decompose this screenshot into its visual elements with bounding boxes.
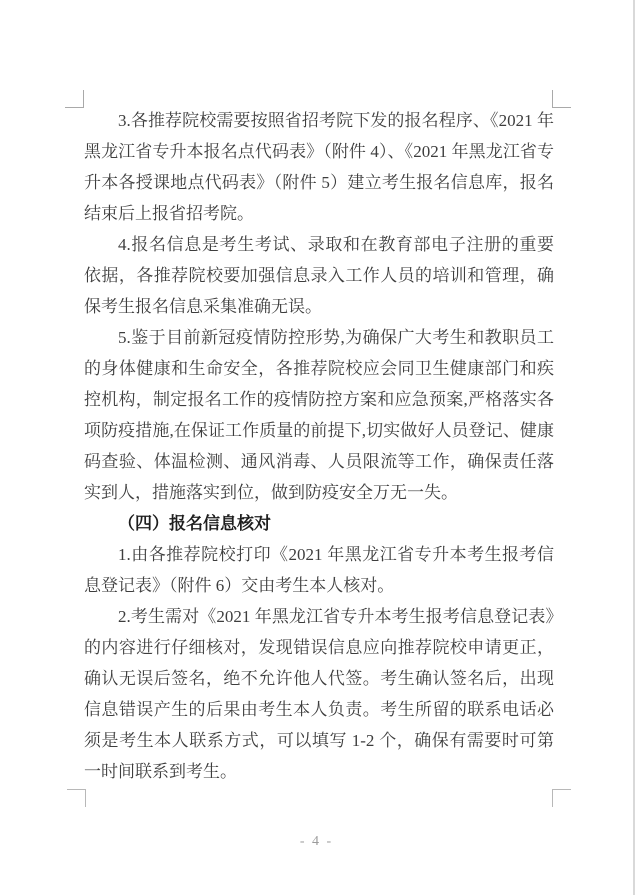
text-boundary-mark-top-left [65,90,84,108]
paragraph-item-4: 4.报名信息是考生考试、录取和在教育部电子注册的重要依据，各推荐院校要加强信息录… [84,229,554,322]
paragraph-item-3: 3.各推荐院校需要按照省招考院下发的报名程序、《2021 年黑龙江省专升本报名点… [84,105,554,229]
document-body: 3.各推荐院校需要按照省招考院下发的报名程序、《2021 年黑龙江省专升本报名点… [84,105,554,787]
text-boundary-mark-bottom-right [552,789,571,807]
section-heading-registration-info-check: （四）报名信息核对 [84,508,554,539]
document-page: 3.各推荐院校需要按照省招考院下发的报名程序、《2021 年黑龙江省专升本报名点… [0,0,635,895]
text-boundary-mark-bottom-left [67,789,86,807]
text-boundary-mark-top-right [552,90,571,108]
paragraph-item-5: 5.鉴于目前新冠疫情防控形势,为确保广大考生和教职员工的身体健康和生命安全，各推… [84,322,554,508]
paragraph-item-1: 1.由各推荐院校打印《2021 年黑龙江省专升本考生报考信息登记表》（附件 6）… [84,539,554,601]
paragraph-item-2: 2.考生需对《2021 年黑龙江省专升本考生报考信息登记表》的内容进行仔细核对，… [84,601,554,787]
page-number: - 4 - [0,834,633,850]
